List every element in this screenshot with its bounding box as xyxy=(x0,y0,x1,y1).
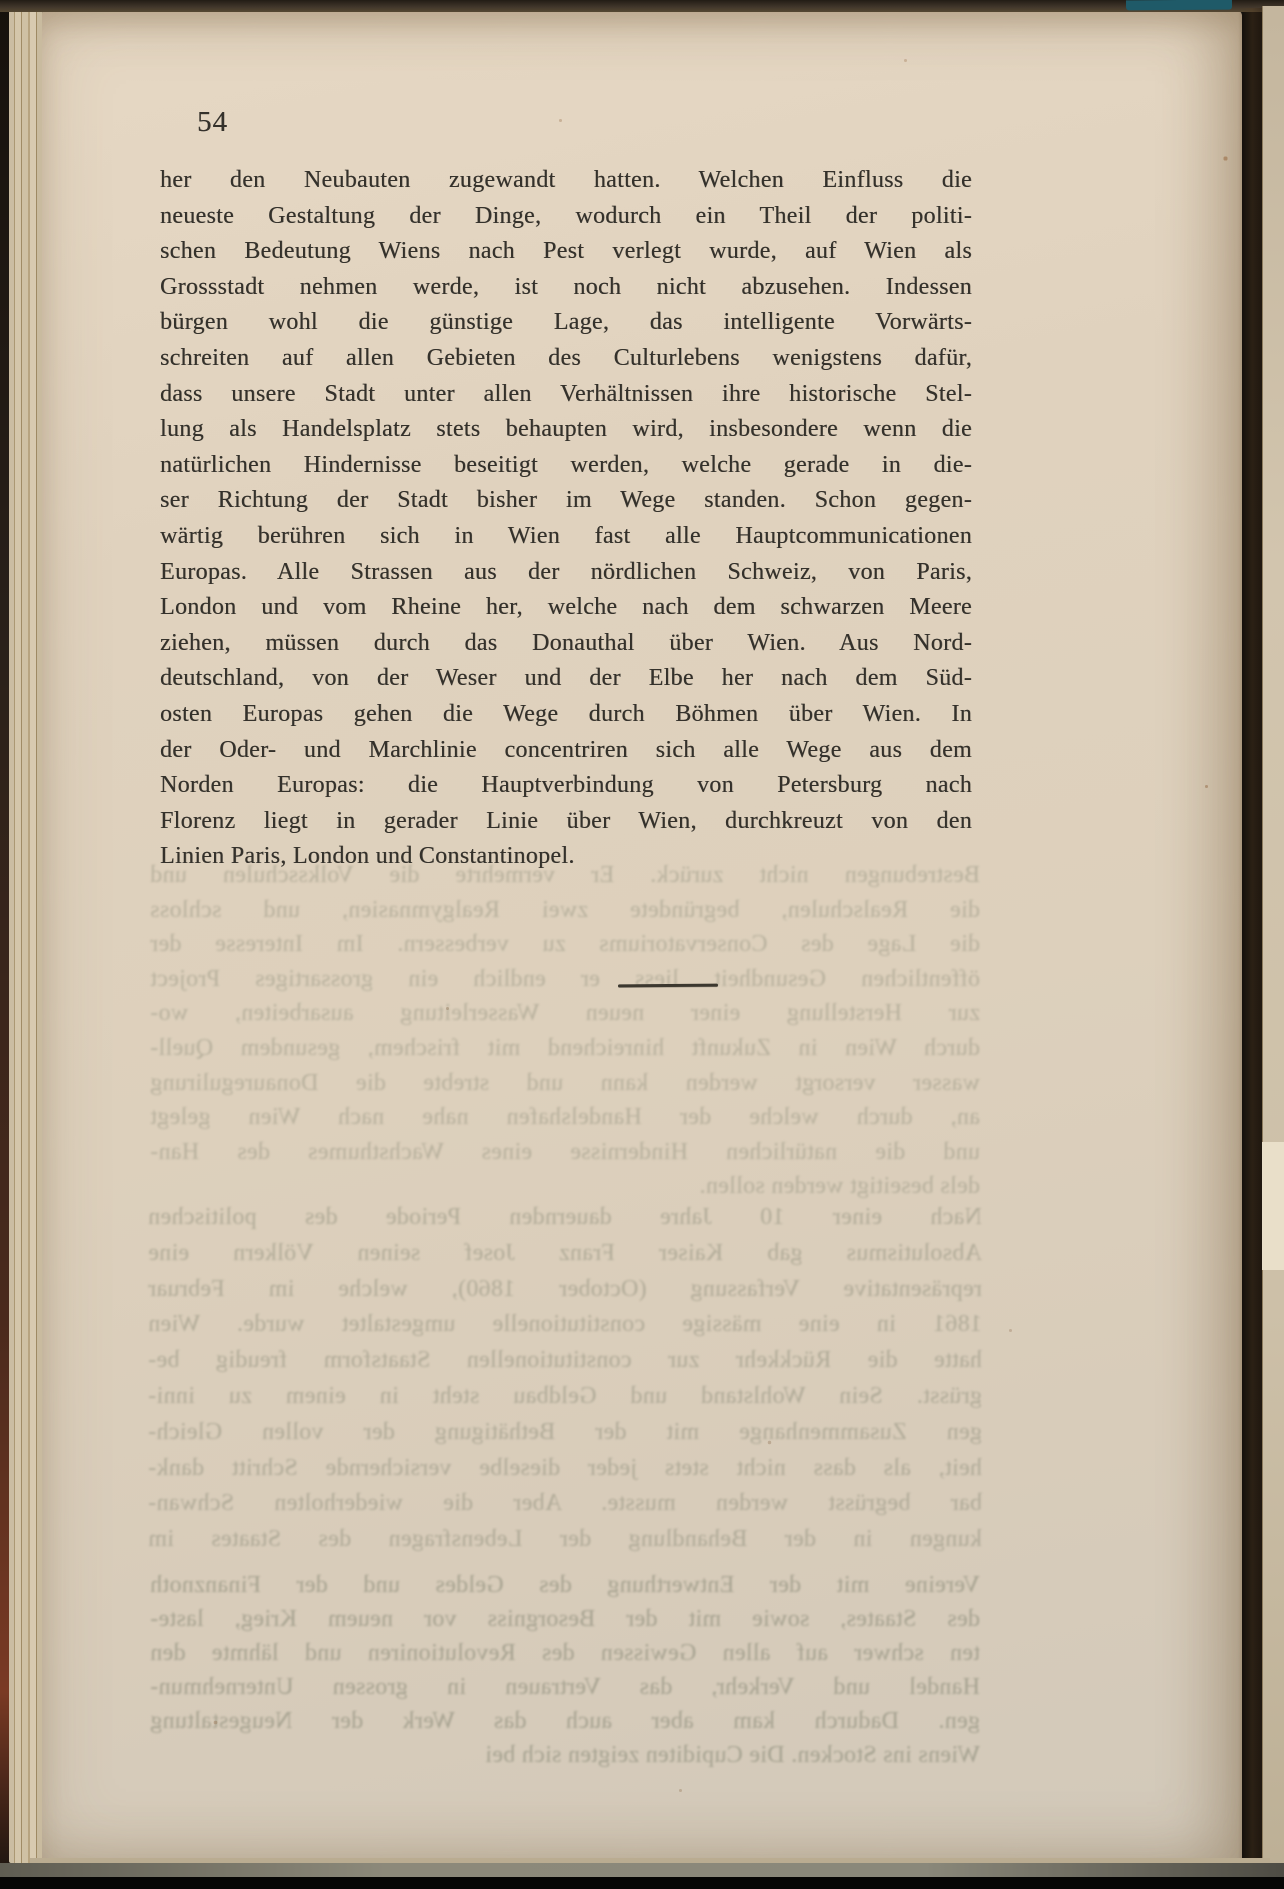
text-line: lung als Handelsplatz stets behaupten wi… xyxy=(160,412,972,448)
bleed-through-text-block-1: Bestrebungen nicht zurück. Er vermehrte … xyxy=(150,858,980,1204)
text-line: London und vom Rheine her, welche nach d… xyxy=(160,590,972,626)
bleed-through-line: dels beseitigt werden sollen. xyxy=(150,1169,980,1204)
bleed-through-line: kungen in der Behandlung der Lebensfrage… xyxy=(148,1522,982,1558)
body-paragraph: her den Neubauten zugewandt hatten. Welc… xyxy=(160,163,972,875)
text-line: Europas. Alle Strassen aus der nördliche… xyxy=(160,555,972,591)
page-edge-highlight xyxy=(1262,1142,1284,1270)
text-line: der Oder- und Marchlinie concentriren si… xyxy=(160,733,972,769)
page-edge-shadow-right xyxy=(1238,8,1264,1864)
paper-speckles xyxy=(0,0,1,1)
bleed-through-text-block-3: Vereine mit der Entwerthung des Geldes u… xyxy=(150,1568,980,1772)
page-number: 54 xyxy=(197,106,228,139)
text-line: osten Europas gehen die Wege durch Böhme… xyxy=(160,697,972,733)
text-line: wärtig berühren sich in Wien fast alle H… xyxy=(160,519,972,555)
text-line: schen Bedeutung Wiens nach Pest verlegt … xyxy=(160,234,972,270)
bleed-through-line: Handel und Verkehr, das Vertrauen in gro… xyxy=(150,1670,980,1704)
bleed-through-line: heit, als dass nicht stets jeder dieselb… xyxy=(148,1451,982,1487)
bleed-through-line: Vereine mit der Entwerthung des Geldes u… xyxy=(150,1568,980,1602)
bleed-through-line: 1861 in eine mässige constitutionelle um… xyxy=(148,1307,982,1343)
bleed-through-line: gen Zusammenhange mit der Bethätigung de… xyxy=(148,1415,982,1451)
book-cover-top-band xyxy=(0,0,1284,12)
book-cover-bottom-band xyxy=(0,1863,1284,1878)
text-line: neueste Gestaltung der Dinge, wodurch ei… xyxy=(160,199,972,235)
text-line: ser Richtung der Stadt bisher im Wege st… xyxy=(160,483,972,519)
bleed-through-line: und die natürlichen Hindernisse eines Wa… xyxy=(150,1135,980,1170)
bleed-through-line: durch Wien in Zukunft hinreichend mit fr… xyxy=(150,1031,980,1066)
book-cover-teal-patch xyxy=(1126,0,1232,10)
bleed-through-line: repräsentative Verfassung (October 1860)… xyxy=(148,1272,982,1308)
text-line: natürlichen Hindernisse beseitigt werden… xyxy=(160,448,972,484)
text-line: schreiten auf allen Gebieten des Culturl… xyxy=(160,341,972,377)
bleed-through-line: des Staates, sowie mit der Besorgniss vo… xyxy=(150,1602,980,1636)
bleed-through-line: grüsst. Sein Wohlstand und Geldbau steht… xyxy=(148,1379,982,1415)
bleed-through-line: bar begrüsst werden musste. Aber die wie… xyxy=(148,1486,982,1522)
text-line: deutschland, von der Weser und der Elbe … xyxy=(160,661,972,697)
text-line: her den Neubauten zugewandt hatten. Welc… xyxy=(160,163,972,199)
bleed-through-line: gen. Dadurch kam aber auch das Werk der … xyxy=(150,1704,980,1738)
text-line: Norden Europas: die Hauptverbindung von … xyxy=(160,768,972,804)
bleed-through-line: die Lage des Conservatoriums zu verbesse… xyxy=(150,927,980,962)
bleed-through-line: hatte die Rückkehr zur constitutionellen… xyxy=(148,1343,982,1379)
text-line: ziehen, müssen durch das Donauthal über … xyxy=(160,626,972,662)
bleed-through-line: Nach einer 10 Jahre dauernden Periode de… xyxy=(148,1200,982,1236)
bleed-through-line: zur Herstellung einer neuen Wasserleitun… xyxy=(150,996,980,1031)
bleed-through-line: an, durch welche der Handelshafen nahe n… xyxy=(150,1100,980,1135)
bleed-through-line: öffentlichen Gesundheit liess er endlich… xyxy=(150,962,980,997)
bleed-through-text-block-2: Nach einer 10 Jahre dauernden Periode de… xyxy=(148,1200,982,1558)
book-spine-edge xyxy=(0,0,9,1880)
bleed-through-line: die Realschulen, begründete zwei Realgym… xyxy=(150,893,980,928)
bleed-through-line: Absolutismus gab Kaiser Franz Josef sein… xyxy=(148,1236,982,1272)
bleed-through-line: wasser versorgt werden kann und strebte … xyxy=(150,1066,980,1101)
text-line: Florenz liegt in gerader Linie über Wien… xyxy=(160,804,972,840)
scanned-book-page: Bestrebungen nicht zurück. Er vermehrte … xyxy=(0,0,1284,1889)
bleed-through-line: ten schwer auf allen Gewissen des Revolu… xyxy=(150,1636,980,1670)
text-line: dass unsere Stadt unter allen Verhältnis… xyxy=(160,377,972,413)
text-line: Linien Paris, London und Constantinopel. xyxy=(160,839,972,875)
text-line: bürgen wohl die günstige Lage, das intel… xyxy=(160,305,972,341)
background-bottom xyxy=(0,1877,1284,1889)
text-line: Grossstadt nehmen werde, ist noch nicht … xyxy=(160,270,972,306)
bleed-through-line: Wiens ins Stocken. Die Cupiditen zeigten… xyxy=(150,1738,980,1772)
next-page-edge-strip xyxy=(1262,6,1284,1866)
left-page-edges xyxy=(9,5,42,1863)
